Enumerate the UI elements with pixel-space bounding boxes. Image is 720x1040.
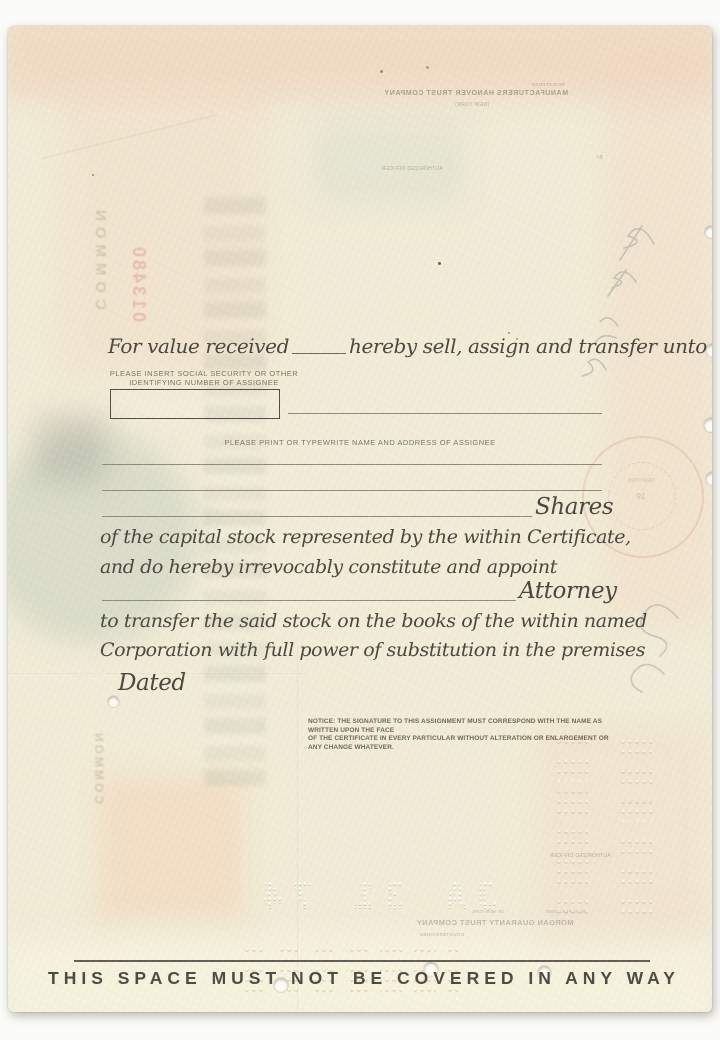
banner-rule [74, 960, 650, 962]
dated-label-text: Dated [118, 670, 186, 696]
bleed-authorized-officer: AUTHORIZED OFFICER [364, 166, 460, 172]
broker-stamp-city: NEW YORK [614, 478, 668, 484]
bleed-registrar-city: (NEW YORK) [420, 102, 524, 108]
punched-cancel-date: JA 31 74 [252, 876, 497, 917]
foxing-speck [438, 262, 441, 265]
foxing-speck [92, 174, 94, 176]
assignor-blank-line [292, 339, 346, 354]
attorney-label-text: Attorney [519, 578, 617, 604]
bleed-countersigned-label: COUNTERSIGNED [368, 932, 464, 937]
banner-text: THIS SPACE MUST NOT BE COVERED IN ANY WA… [48, 968, 674, 989]
punch-hole-edge-3 [704, 418, 712, 432]
bleed-share-class-top: COMMON [92, 184, 109, 310]
clause-line-1: of the capital stock represented by the … [100, 526, 631, 548]
tint-lower-left [96, 774, 246, 924]
clause-line-3: to transfer the said stock on the books … [100, 610, 647, 632]
broker-stamp-number: 19 [614, 492, 668, 501]
bleed-registered-label: REGISTERED [506, 82, 590, 87]
punch-column-left [556, 738, 588, 918]
ssn-instruction-line1: PLEASE INSERT SOCIAL SECURITY OR OTHER [106, 369, 302, 378]
certificate-paper: REGISTERED MANUFACTURERS HANOVER TRUST C… [8, 26, 712, 1012]
pencil-notes-right-top [556, 186, 676, 401]
attorney-line [102, 600, 516, 601]
bleed-share-class-bottom: COMMON [92, 728, 106, 804]
ghost-vignette-top [308, 118, 468, 208]
scanned-certificate-back: REGISTERED MANUFACTURERS HANOVER TRUST C… [0, 0, 720, 1040]
clause-line-4: Corporation with full power of substitut… [100, 639, 645, 661]
opening-left-text: For value received [108, 334, 289, 358]
pencil-smudge-left [36, 414, 106, 484]
signature-notice-line1: NOTICE: THE SIGNATURE TO THIS ASSIGNMENT… [308, 718, 620, 735]
foxing-speck [426, 66, 429, 69]
punch-hole-edge-4 [706, 472, 712, 485]
ssn-instruction-label: PLEASE INSERT SOCIAL SECURITY OR OTHER I… [106, 369, 302, 387]
bleed-registrar-bank: MANUFACTURERS HANOVER TRUST COMPANY [378, 90, 574, 97]
crease-top-left [40, 114, 215, 159]
assignment-opening-row: For value received hereby sell, assign a… [108, 334, 614, 358]
punch-hole-edge-2 [706, 344, 712, 357]
bleed-certificate-number: 013480 [128, 206, 149, 322]
punch-hole-small [108, 696, 119, 707]
punch-column-right [620, 738, 652, 918]
foxing-speck [516, 338, 518, 340]
ssn-instruction-line2: IDENTIFYING NUMBER OF ASSIGNEE [106, 378, 302, 387]
assignee-line-2 [102, 464, 602, 465]
ssn-entry-box [110, 389, 280, 419]
foxing-speck [380, 70, 383, 73]
assignee-line-1 [288, 413, 602, 414]
punch-hole-edge-1 [705, 226, 712, 238]
assignee-instruction-label: PLEASE PRINT OR TYPEWRITE NAME AND ADDRE… [166, 438, 554, 447]
clause-line-2: and do hereby irrevocably constitute and… [100, 556, 557, 578]
shares-label-text: Shares [535, 494, 613, 520]
foxing-speck [508, 332, 510, 334]
bleed-transfer-agent-bank: MORGAN GUARANTY TRUST COMPANY [384, 918, 606, 927]
bleed-by-label: BY [596, 155, 603, 161]
opening-right-text: hereby sell, assign and transfer unto [349, 334, 707, 358]
assignee-line-3 [102, 490, 602, 491]
tint-top-band [8, 26, 712, 98]
shares-line [102, 516, 532, 517]
